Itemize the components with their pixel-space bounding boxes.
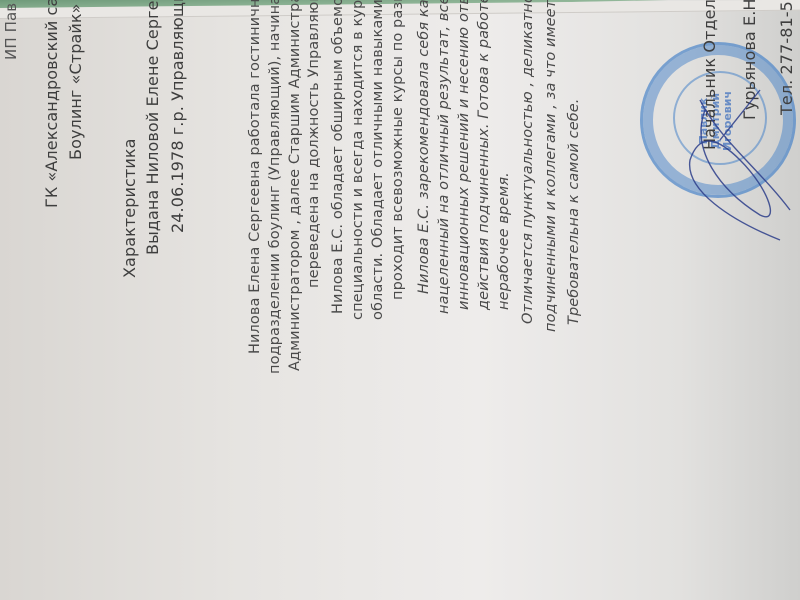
org-name: ГК «Александровский сад» <box>42 0 61 208</box>
issued-details: 24.06.1978 г.р. Управляющий боулинга <box>168 0 187 233</box>
signatory-name: Гурьянова Е.Н. <box>740 0 759 120</box>
paragraph-line: области. Обладает отличными навыками дел… <box>370 0 386 320</box>
paragraph-line: проходит всевозможные курсы по развитию … <box>390 0 406 300</box>
paragraph-line: Нилова Елена Сергеевна работала гостинич… <box>247 0 263 354</box>
signatory-position: Начальник Отдела Кадров <box>700 0 719 150</box>
top-partial-text: ИП Пав <box>2 3 20 60</box>
paragraph-line: нацеленный на отличный результат, всегда… <box>436 0 452 314</box>
paragraph-line: Нилова Е.С. зарекомендовала себя как отв… <box>416 0 432 294</box>
org-subdivision: Боулинг «Страйк» <box>66 3 85 160</box>
paragraph-line: действия подчиненных. Готова к работе в … <box>476 0 492 310</box>
paragraph-line: Нилова Е.С. обладает обширным объемом зн… <box>330 0 346 314</box>
issued-to: Выдана Ниловой Елене Сергеевне <box>143 0 162 255</box>
paragraph-line: нерабочее время. <box>496 172 512 310</box>
paragraph-line: специальности и всегда находится в курсе… <box>350 0 366 320</box>
paragraph-line: Администратором , далее Старшим Админист… <box>287 0 303 371</box>
signatory-phone: Тел. 277-81-59 <box>777 0 796 115</box>
paragraph-line: Требовательна к самой себе. <box>566 98 582 325</box>
paragraph-line: подчиненными и коллегами , за что имеет … <box>543 0 559 332</box>
reference-letter-page: ИП Пав ГК «Александровский сад» Боулинг … <box>0 0 800 600</box>
paragraph-line: инновационных решений и несению ответств… <box>456 0 472 310</box>
paragraph-line: переведена на должность Управляющий . <box>306 0 322 288</box>
paragraph-line: Отличается пунктуальностью , деликатност… <box>520 0 536 324</box>
paragraph-line: подразделении боулинг (Управляющий), нач… <box>267 0 283 374</box>
document-title: Характеристика <box>120 139 139 279</box>
